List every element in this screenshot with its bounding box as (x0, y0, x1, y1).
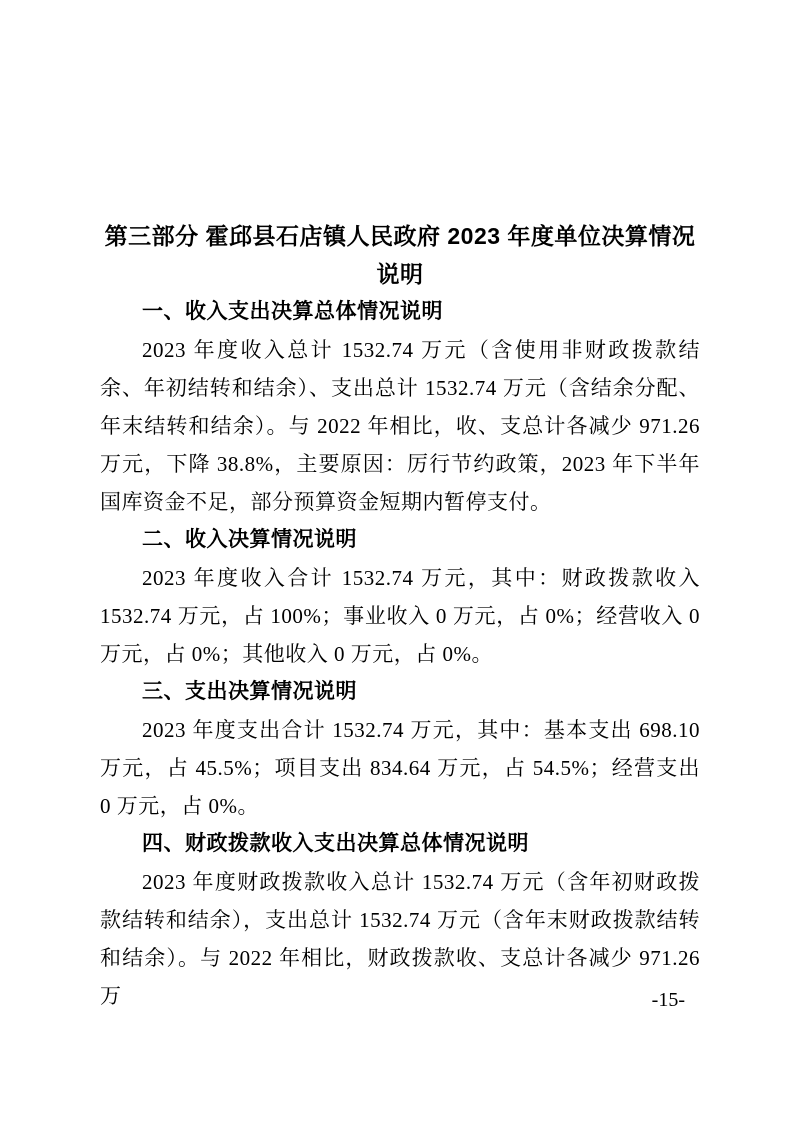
section-income-expenditure-overview: 一、收入支出决算总体情况说明 2023 年度收入总计 1532.74 万元（含使… (100, 293, 700, 521)
section-heading-2: 二、收入决算情况说明 (100, 521, 700, 559)
section-paragraph-4: 2023 年度财政拨款收入总计 1532.74 万元（含年初财政拨款结转和结余）… (100, 863, 700, 1015)
section-paragraph-1: 2023 年度收入总计 1532.74 万元（含使用非财政拨款结余、年初结转和结… (100, 331, 700, 521)
section-heading-3: 三、支出决算情况说明 (100, 673, 700, 711)
section-paragraph-3: 2023 年度支出合计 1532.74 万元，其中：基本支出 698.10 万元… (100, 711, 700, 825)
section-income-details: 二、收入决算情况说明 2023 年度收入合计 1532.74 万元，其中：财政拨… (100, 521, 700, 673)
section-heading-4: 四、财政拨款收入支出决算总体情况说明 (100, 825, 700, 863)
document-page: 第三部分 霍邱县石店镇人民政府 2023 年度单位决算情况说明 一、收入支出决算… (0, 0, 793, 1122)
document-content: 第三部分 霍邱县石店镇人民政府 2023 年度单位决算情况说明 一、收入支出决算… (100, 217, 700, 1015)
document-title: 第三部分 霍邱县石店镇人民政府 2023 年度单位决算情况说明 (100, 217, 700, 293)
section-paragraph-2: 2023 年度收入合计 1532.74 万元，其中：财政拨款收入 1532.74… (100, 559, 700, 673)
section-expenditure-details: 三、支出决算情况说明 2023 年度支出合计 1532.74 万元，其中：基本支… (100, 673, 700, 825)
section-fiscal-appropriation-overview: 四、财政拨款收入支出决算总体情况说明 2023 年度财政拨款收入总计 1532.… (100, 825, 700, 1015)
section-heading-1: 一、收入支出决算总体情况说明 (100, 293, 700, 331)
page-number: -15- (652, 988, 685, 1012)
